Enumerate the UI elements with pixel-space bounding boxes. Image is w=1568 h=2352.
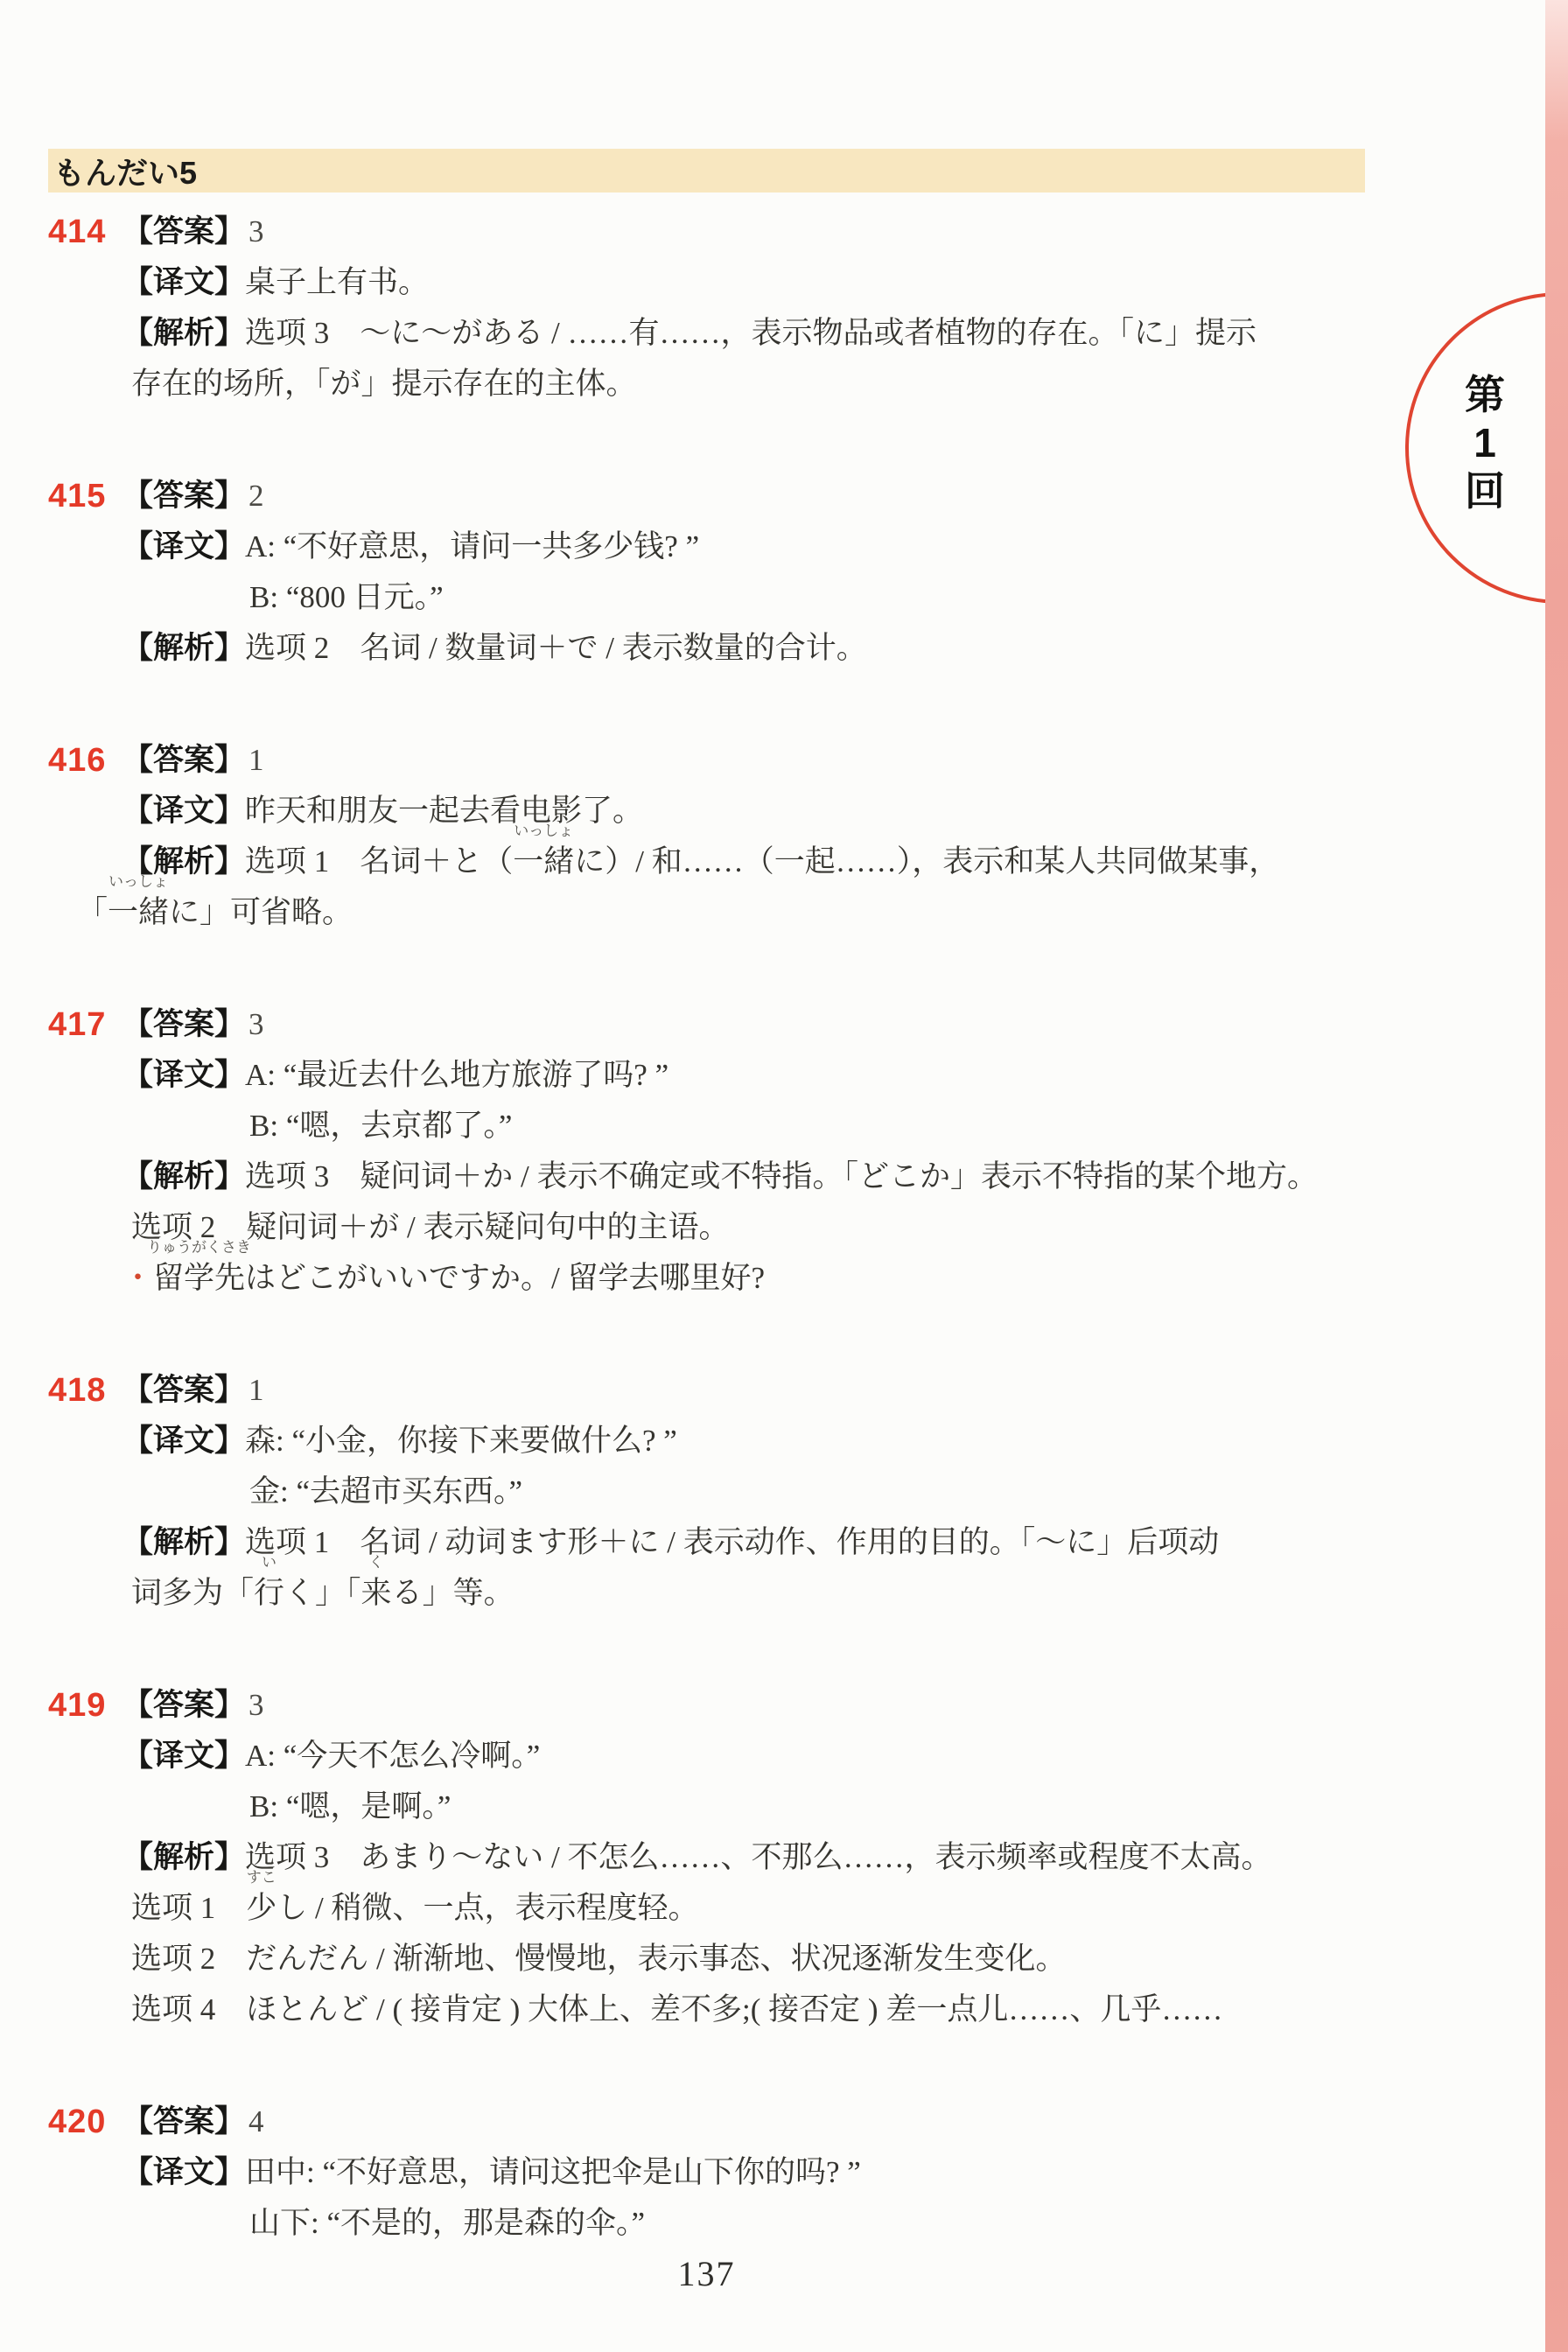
furigana: すこ — [247, 1870, 276, 1885]
question-block: 420【答案】4【译文】田中: “不好意思，请问这把伞是山下你的吗? ”山下: … — [48, 2096, 1466, 2249]
answer-label: 【答案】 — [122, 2104, 245, 2138]
answer-line: 【答案】3 — [122, 206, 1466, 257]
line-text: 选项 1 名词＋と（一緒いっしょに）/ 和……（一起……），表示和某人共同做某事… — [245, 844, 1279, 878]
furigana-base: 来く — [361, 1568, 392, 1619]
question-block: 417【答案】3【译文】A: “最近去什么地方旅游了吗? ”B: “嗯，去京都了… — [48, 999, 1466, 1304]
question-number: 420 — [48, 2096, 106, 2147]
round-badge-char: 回 — [1465, 467, 1505, 515]
analysis-label: 【解析】 — [122, 1840, 245, 1874]
answer-line: 【答案】1 — [122, 735, 1466, 786]
line-text: 田中: “不好意思，请问这把伞是山下你的吗? ” — [245, 2155, 861, 2189]
question-number: 418 — [48, 1365, 106, 1416]
furigana: りゅうがくさき — [147, 1240, 251, 1255]
bullet-mark: ・ — [122, 1261, 153, 1295]
furigana-base: 一緒いっしょ — [513, 836, 574, 887]
analysis-line: 词多为「行いく」「来くる」等。 — [122, 1568, 1466, 1619]
translation-line: 【译文】森: “小金，你接下来要做什么? ” — [122, 1416, 1466, 1466]
analysis-line: 选项 2 疑问词＋が / 表示疑问句中的主语。 — [122, 1202, 1466, 1253]
line-text: A: “最近去什么地方旅游了吗? ” — [245, 1058, 668, 1092]
analysis-line: 选项 1 少すこし / 稍微、一点，表示程度轻。 — [122, 1883, 1466, 1934]
line-text: 词多为「行いく」「来くる」等。 — [131, 1576, 514, 1610]
line-text: 选项 1 名词 / 动词ます形＋に / 表示动作、作用的目的。「～に」后项动 — [245, 1525, 1219, 1559]
analysis-line: 选项 2 だんだん / 渐渐地、慢慢地，表示事态、状况逐渐发生变化。 — [122, 1934, 1466, 1984]
question-number: 414 — [48, 206, 106, 257]
analysis-line: 【解析】选项 3 あまり～ない / 不怎么……、不那么……，表示频率或程度不太高… — [122, 1832, 1466, 1883]
analysis-line: 【解析】选项 2 名词 / 数量词＋で / 表示数量的合计。 — [122, 623, 1466, 674]
line-text: B: “嗯，去京都了。” — [249, 1109, 512, 1143]
question-block: 415【答案】2【译文】A: “不好意思，请问一共多少钱? ”B: “800 日… — [48, 471, 1466, 674]
round-badge-char: 1 — [1473, 419, 1496, 467]
analysis-label: 【解析】 — [122, 631, 245, 665]
translation-line: B: “嗯，是啊。” — [122, 1781, 1466, 1832]
line-text: 存在的场所，「が」提示存在的主体。 — [131, 367, 637, 401]
translation-line: 【译文】田中: “不好意思，请问这把伞是山下你的吗? ” — [122, 2147, 1466, 2198]
answer-value: 3 — [245, 1688, 264, 1722]
book-page: 第 1 回 もんだい5 414【答案】3【译文】桌子上有书。【解析】选项 3 ～… — [0, 0, 1568, 2352]
answer-label: 【答案】 — [122, 1007, 245, 1041]
furigana: いっしょ — [108, 874, 168, 889]
translation-label: 【译文】 — [122, 1739, 245, 1773]
line-text: B: “800 日元。” — [249, 580, 444, 614]
translation-line: B: “800 日元。” — [122, 572, 1466, 623]
section-header: もんだい5 — [48, 149, 1365, 192]
answer-value: 1 — [245, 743, 264, 777]
analysis-label: 【解析】 — [122, 1525, 245, 1559]
analysis-line: ・留学先りゅうがくさきはどこがいいですか。/ 留学去哪里好? — [122, 1253, 1466, 1304]
translation-label: 【译文】 — [122, 2155, 245, 2189]
translation-line: 【译文】A: “今天不怎么冷啊。” — [122, 1731, 1466, 1781]
answers-list: 414【答案】3【译文】桌子上有书。【解析】选项 3 ～に～がある / ……有…… — [48, 206, 1466, 2249]
line-text: B: “嗯，是啊。” — [249, 1789, 451, 1823]
question-block: 419【答案】3【译文】A: “今天不怎么冷啊。”B: “嗯，是啊。”【解析】选… — [48, 1680, 1466, 2035]
analysis-line: 【解析】选项 3 疑问词＋か / 表示不确定或不特指。「どこか」表示不特指的某个… — [122, 1151, 1466, 1202]
translation-line: B: “嗯，去京都了。” — [122, 1101, 1466, 1151]
answer-line: 【答案】4 — [122, 2096, 1466, 2147]
round-badge-label: 第 1 回 — [1450, 371, 1520, 515]
analysis-line: 选项 4 ほとんど / ( 接肯定 ) 大体上、差不多;( 接否定 ) 差一点儿… — [122, 1984, 1466, 2035]
furigana-base: 留学先りゅうがくさき — [153, 1253, 245, 1304]
answer-value: 3 — [245, 214, 264, 248]
answer-line: 【答案】1 — [122, 1365, 1466, 1416]
translation-label: 【译文】 — [122, 1424, 245, 1458]
line-text: 选项 3 疑问词＋か / 表示不确定或不特指。「どこか」表示不特指的某个地方。 — [245, 1159, 1318, 1193]
translation-line: 金: “去超市买东西。” — [122, 1466, 1466, 1517]
page-edge-strip — [1545, 0, 1568, 2352]
translation-label: 【译文】 — [122, 265, 245, 299]
round-badge-char: 第 — [1465, 371, 1505, 419]
line-text: 选项 1 少すこし / 稍微、一点，表示程度轻。 — [131, 1891, 699, 1925]
furigana: い — [262, 1555, 276, 1570]
line-text: A: “不好意思，请问一共多少钱? ” — [245, 529, 699, 563]
line-text: 选项 3 ～に～がある / ……有……，表示物品或者植物的存在。「に」提示 — [245, 316, 1256, 350]
line-text: 森: “小金，你接下来要做什么? ” — [245, 1424, 677, 1458]
furigana: く — [369, 1555, 384, 1570]
answer-label: 【答案】 — [122, 479, 245, 513]
section-header-label: もんだい5 — [53, 149, 197, 193]
answer-label: 【答案】 — [122, 214, 245, 248]
translation-line: 【译文】桌子上有书。 — [122, 257, 1466, 308]
answer-value: 3 — [245, 1007, 264, 1041]
answer-label: 【答案】 — [122, 743, 245, 777]
question-number: 417 — [48, 999, 106, 1050]
answer-value: 4 — [245, 2104, 264, 2138]
line-text: 金: “去超市买东西。” — [249, 1474, 522, 1508]
line-text: 选项 2 名词 / 数量词＋で / 表示数量的合计。 — [245, 631, 867, 665]
translation-line: 【译文】A: “不好意思，请问一共多少钱? ” — [122, 521, 1466, 572]
line-text: 山下: “不是的，那是森的伞。” — [249, 2206, 645, 2240]
translation-label: 【译文】 — [122, 794, 245, 828]
furigana-base: 行い — [254, 1568, 284, 1619]
analysis-line: 【解析】选项 3 ～に～がある / ……有……，表示物品或者植物的存在。「に」提… — [122, 308, 1466, 359]
line-text: 选项 4 ほとんど / ( 接肯定 ) 大体上、差不多;( 接否定 ) 差一点儿… — [131, 1992, 1222, 2026]
answer-line: 【答案】3 — [122, 999, 1466, 1050]
analysis-label: 【解析】 — [122, 316, 245, 350]
line-text: A: “今天不怎么冷啊。” — [245, 1739, 540, 1773]
question-block: 418【答案】1【译文】森: “小金，你接下来要做什么? ”金: “去超市买东西… — [48, 1365, 1466, 1619]
translation-line: 山下: “不是的，那是森的伞。” — [122, 2198, 1466, 2249]
answer-line: 【答案】2 — [122, 471, 1466, 521]
question-number: 419 — [48, 1680, 106, 1731]
furigana-base: 一緒いっしょ — [108, 887, 169, 938]
analysis-label: 【解析】 — [122, 1159, 245, 1193]
line-text: ・留学先りゅうがくさきはどこがいいですか。/ 留学去哪里好? — [122, 1261, 765, 1295]
question-block: 414【答案】3【译文】桌子上有书。【解析】选项 3 ～に～がある / ……有…… — [48, 206, 1466, 409]
question-number: 416 — [48, 735, 106, 786]
page-number: 137 — [48, 2253, 1365, 2294]
analysis-line: 「一緒いっしょに」可省略。 — [77, 887, 1466, 938]
line-text: 昨天和朋友一起去看电影了。 — [245, 794, 643, 828]
answer-value: 1 — [245, 1373, 264, 1407]
translation-label: 【译文】 — [122, 529, 245, 563]
answer-label: 【答案】 — [122, 1688, 245, 1722]
analysis-line: 【解析】选项 1 名词 / 动词ます形＋に / 表示动作、作用的目的。「～に」后… — [122, 1517, 1466, 1568]
furigana: いっしょ — [514, 823, 573, 838]
translation-line: 【译文】昨天和朋友一起去看电影了。 — [122, 786, 1466, 836]
line-text: 选项 2 だんだん / 渐渐地、慢慢地，表示事态、状况逐渐发生变化。 — [131, 1942, 1066, 1976]
translation-label: 【译文】 — [122, 1058, 245, 1092]
question-number: 415 — [48, 471, 106, 521]
answer-line: 【答案】3 — [122, 1680, 1466, 1731]
translation-line: 【译文】A: “最近去什么地方旅游了吗? ” — [122, 1050, 1466, 1101]
answer-label: 【答案】 — [122, 1373, 245, 1407]
analysis-line: 【解析】选项 1 名词＋と（一緒いっしょに）/ 和……（一起……），表示和某人共… — [122, 836, 1466, 887]
line-text: 选项 3 あまり～ない / 不怎么……、不那么……，表示频率或程度不太高。 — [245, 1840, 1271, 1874]
question-block: 416【答案】1【译文】昨天和朋友一起去看电影了。【解析】选项 1 名词＋と（一… — [48, 735, 1466, 938]
answer-value: 2 — [245, 479, 264, 513]
line-text: 「一緒いっしょに」可省略。 — [77, 895, 353, 929]
line-text: 桌子上有书。 — [245, 265, 429, 299]
furigana-base: 少すこ — [246, 1883, 276, 1934]
analysis-line: 存在的场所，「が」提示存在的主体。 — [122, 359, 1466, 409]
